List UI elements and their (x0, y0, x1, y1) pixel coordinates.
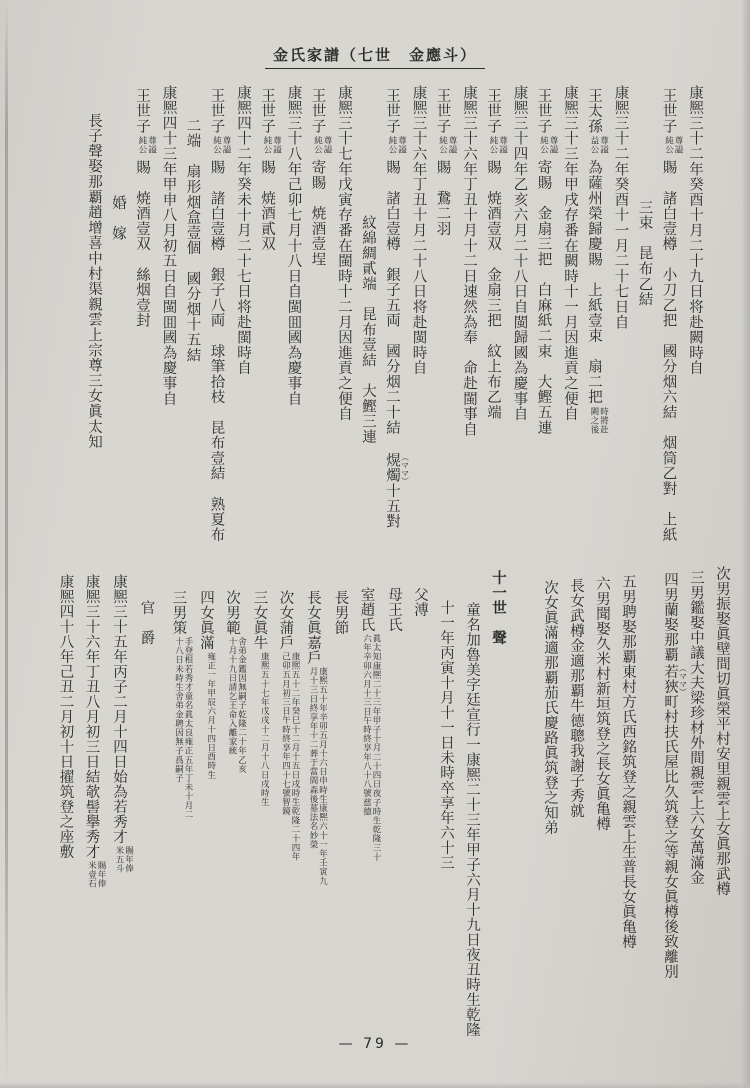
genealogy-column: 紋綿綢貳端 昆布壹結 大鰹三連 (356, 85, 379, 551)
column-text: 熀燭十五對 (384, 453, 400, 530)
column-text: 康熈三十二年癸酉十一月二十七日自 (613, 85, 629, 330)
column-text: 賜 焼酒貳双 (259, 160, 275, 252)
column-text: 官 爵 (139, 600, 155, 645)
column-text: 四女眞滿 (198, 590, 214, 650)
genealogy-column: 三男鑑娶中議大夫梁珍材外間親雲上六女萬滿金 (684, 562, 708, 1044)
column-text: 王世子 (536, 88, 552, 134)
genealogy-column: 康熈三十六年丁丑十月二十八日将赴閩時自 (407, 85, 430, 551)
column-text: 十一年丙寅十月十一日未時卒享年六十三 (438, 600, 454, 870)
column-text: 賜 焼酒壹双 金扇三把 紋上布乙端 (485, 160, 501, 420)
warichu-annotation: 時將赴闕之後 (589, 407, 608, 439)
genealogy-column: 次男振娶眞壁間切眞榮平村安里親雲上女眞那武樽 (710, 562, 734, 1044)
genealogy-column: 王世子尊謚純公寄賜 焼酒壹埕 (306, 85, 332, 551)
warichu-annotation: 眞太知康熈二十三年甲子十月二十四日夜子時生乾隆三十六年辛卯六月十三日午時終享年八… (361, 634, 380, 866)
column-text: 紋綿綢貳端 昆布壹結 大鰹三連 (360, 215, 376, 445)
warichu-annotation: 雍正一年甲辰六月十四日酉時生 (205, 652, 215, 779)
column-text: 康熈三十七年戊寅存番在閩時十二月因進貢之便自 (336, 85, 352, 422)
genealogy-column: 康熈三十四年乙亥六月二十八日自閩歸國為慶事自 (508, 85, 531, 551)
warichu-annotation: 舍弟金鑑因無嗣子乾隆二十年乙亥十月十九日請乞王命入離家統 (227, 637, 246, 779)
genealogy-column: 長女武樽金適那覇牛德聰我謝子秀就 (564, 562, 588, 1044)
genealogy-column: 康熈三十六年丁丑十月十二日速然為奉 命赴閩事自 (457, 85, 480, 551)
column-text: 康熈三十六年丁丑十月二十八日将赴閩時自 (411, 85, 427, 376)
genealogy-column: 康熈三十五年丙子二月十四日始為若秀才賜年俸米五斗 (107, 562, 133, 1044)
column-text: 次女蒲戶 (278, 590, 294, 650)
column-text: 康熈三十三年甲戌存番在闕時十一月因進貢之便自 (562, 85, 578, 422)
column-text: 康熈四十三年甲申八月初五日自閩囬國為慶事自 (161, 85, 177, 406)
genealogy-column: 三束 昆布乙結 (633, 85, 656, 551)
genealogy-column: 次女蒲戶康熈五十二年癸巳十二月十五日戌時生乾隆二十四年己卯五月初三日午時終享年四… (274, 562, 300, 1044)
column-text: 康熈三十四年乙亥六月二十八日自閩歸國為慶事自 (512, 85, 528, 422)
scan-edge-line (5, 0, 8, 1088)
genealogy-column: 王世子尊謚純公賜 焼酒壹双 金扇三把 紋上布乙端 (481, 85, 507, 551)
genealogy-column: 室趙氏眞太知康熈二十三年甲子十月二十四日夜子時生乾隆三十六年辛卯六月十三日午時終… (355, 562, 381, 1044)
warichu-annotation: 賜年俸米壹石 (86, 861, 105, 893)
genealogy-column: 康熈三十三年甲戌存番在闕時十一月因進貢之便自 (558, 85, 581, 551)
column-text: 五男聘娶那覇東村方氏西銘筑登之親雲上生普長女眞亀樽 (620, 574, 636, 949)
column-text: 王太孫 (586, 88, 602, 134)
warichu-annotation: 康熈五十年辛卯五月十六日申時生康熈六十一年壬寅九月十三日終享年十二葬于當間森後墓… (308, 667, 327, 889)
top-section-gift-records: 康熈三十二年癸酉十月二十九日将赴闕時自王世子尊謚純公賜 諸白壹樽 小刀乙把 國分… (70, 85, 706, 551)
genealogy-column: 康熈三十八年己卯七月十八日自閩囬國為慶事自 (282, 85, 305, 551)
column-text: 王世子 (209, 88, 225, 134)
column-text: 康熈三十六年丁丑八月初三日結欹髻擧秀才 (84, 574, 100, 859)
warichu-annotation: 尊謚益公 (589, 136, 608, 158)
column-text: 童名加魯美字廷宣行一康熈二十三年甲子六月十九日夜丑時生乾隆 (464, 602, 480, 1037)
column-text: 康熈四十二年癸未十月二十七日将赴閩時自 (235, 85, 251, 376)
column-text: 賜 諸白壹樽 銀子五両 國分烟二十結 (384, 160, 400, 451)
column-text: 室趙氏 (359, 587, 375, 632)
warichu-annotation: 尊謚純公 (538, 136, 557, 158)
genealogy-column: 次女眞滿適那覇茄氏慶路眞筑登之知弟 (538, 562, 562, 1044)
column-text: 王世子 (661, 88, 677, 134)
column-text: 長女武樽金適那覇牛德聰我謝子秀就 (568, 578, 584, 818)
page-number: — 79 — (339, 1036, 412, 1052)
genealogy-column: 婚 嫁 (106, 85, 129, 551)
warichu-annotation: 康熈五十二年癸巳十二月十五日戌時生乾隆二十四年己卯五月初三日午時終享年四十七號智… (280, 652, 299, 864)
genealogy-column: 五男聘娶那覇東村方氏西銘筑登之親雲上生普長女眞亀樽 (616, 562, 640, 1044)
genealogy-column: 十一年丙寅十月十一日未時卒享年六十三 (434, 562, 458, 1044)
column-text: 康熈三十六年丁丑十月十二日速然為奉 命赴閩事自 (461, 85, 477, 437)
column-text: 王世子 (259, 88, 275, 134)
column-text: 三男鑑娶中議大夫梁珍材外間親雲上六女萬滿金 (688, 570, 704, 885)
column-text: 賜 諸白壹樽 銀子八両 球筆拾枝 昆布壹結 熟夏布 (209, 160, 225, 543)
column-text: 寄賜 金扇三把 白麻紙二束 大鰹五連 (536, 160, 552, 435)
column-text: 康熈三十八年己卯七月十八日自閩囬國為慶事自 (286, 85, 302, 406)
genealogy-column: 三男策手登根若秀才童名眞太良雍正五年丁未十月二十八日未時生舍弟金聘因無子爲嗣子 (167, 562, 193, 1044)
column-text: 康熈三十五年丙子二月十四日始為若秀才 (111, 574, 127, 844)
genealogy-column: 童名加魯美字廷宣行一康熈二十三年甲子六月十九日夜丑時生乾隆 (460, 562, 484, 1044)
column-text: 四男蘭娶那覇 (662, 572, 678, 662)
column-text: 母王氏 (386, 587, 402, 632)
genealogy-column: 母王氏 (382, 562, 406, 1044)
column-text: 王世子 (435, 88, 451, 134)
column-text: 若狹町村扶氏屋比久筑登之等親女眞樽後致離別 (662, 664, 678, 979)
sic-mark: （ママ） (401, 453, 410, 455)
genealogy-column: 王太孫尊謚益公為薩州榮歸慶賜 上紙壹束 扇二把時將赴闕之後 (582, 85, 608, 551)
column-text: 王世子 (134, 88, 150, 134)
column-text: 長男節 (333, 590, 349, 635)
column-text: 長女眞嘉戶 (305, 590, 321, 665)
column-text: 王世子 (384, 88, 400, 134)
genealogy-column: 康熈四十三年甲申八月初五日自閩囬國為慶事自 (157, 85, 180, 551)
genealogy-column: 王世子尊謚純公賜 諸白壹樽 小刀乙把 國分烟六結 烟筒乙對 上紙 (657, 85, 683, 551)
genealogy-column: 四女眞滿雍正一年甲辰六月十四日酉時生 (194, 562, 218, 1044)
warichu-annotation: 尊謚純公 (211, 136, 230, 158)
warichu-annotation: 尊謚純公 (312, 136, 331, 158)
warichu-annotation: 尊謚純公 (387, 136, 406, 158)
column-text: 賜 諸白壹樽 小刀乙把 國分烟六結 烟筒乙對 上紙 (661, 160, 677, 543)
scan-edge-shadow-bottom (0, 1082, 750, 1088)
genealogy-column: 四男蘭娶那覇（ママ）若狹町村扶氏屋比久筑登之等親女眞樽後致離別 (658, 562, 682, 1044)
column-text: 康熈四十八年己丑二月初十日擢筑登之座敷 (58, 574, 74, 859)
genealogy-column: 長男節 (329, 562, 353, 1044)
warichu-annotation: 尊謚純公 (262, 136, 281, 158)
warichu-annotation: 尊謚純公 (137, 136, 156, 158)
genealogy-column: 王世子尊謚純公賜 諸白壹樽 銀子八両 球筆拾枝 昆布壹結 熟夏布 (205, 85, 231, 551)
warichu-annotation: 康熈五十七年戊戌十二月十八日戌時生 (259, 652, 269, 807)
genealogy-column: 王世子尊謚純公賜 諸白壹樽 銀子五両 國分烟二十結 （ママ）熀燭十五對 (380, 85, 406, 551)
genealogy-column: 康熈四十二年癸未十月二十七日将赴閩時自 (231, 85, 254, 551)
genealogy-column: 長女眞嘉戶康熈五十年辛卯五月十六日申時生康熈六十一年壬寅九月十三日終享年十二葬于… (301, 562, 327, 1044)
page-title: 金氏家譜（七世 金應斗） (265, 44, 485, 69)
scan-edge-shadow-right (741, 0, 750, 1088)
column-text: 次男振娶眞壁間切眞榮平村安里親雲上女眞那武樽 (714, 566, 730, 896)
genealogy-column: 王世子尊謚純公賜 鵞二羽 (431, 85, 457, 551)
genealogy-column: 父溥 (408, 562, 432, 1044)
warichu-annotation: 手登根若秀才童名眞太良雍正五年丁未十月二十八日未時生舍弟金聘因無子爲嗣子 (173, 637, 192, 819)
genealogy-column: 王世子尊謚純公賜 焼酒壹双 絲烟壹封 (130, 85, 156, 551)
column-text: 六男聞娶久米村新垣筑登之長女眞亀樽 (594, 576, 610, 831)
column-text: 次男範 (224, 590, 240, 635)
column-text: 父溥 (412, 587, 428, 617)
genealogy-column: 十一世 聲 (486, 562, 510, 1044)
warichu-annotation: 尊謚純公 (663, 136, 682, 158)
column-text: 長子聲娶那覇趙增喜中村渠親雲上宗尊三女眞太知 (86, 113, 102, 450)
sic-mark: （ママ） (679, 664, 688, 666)
column-text: 三女眞牛 (252, 590, 268, 650)
genealogy-column: 康熈三十六年丁丑八月初三日結欹髻擧秀才賜年俸米壹石 (80, 562, 106, 1044)
genealogy-column: 康熈三十七年戊寅存番在閩時十二月因進貢之便自 (332, 85, 355, 551)
warichu-annotation: 尊謚純公 (488, 136, 507, 158)
genealogy-column: 長子聲娶那覇趙增喜中村渠親雲上宗尊三女眞太知 (82, 85, 105, 551)
warichu-annotation: 賜年俸米五斗 (114, 846, 133, 878)
column-text: 寄賜 焼酒壹埕 (310, 160, 326, 267)
genealogy-column: 康熈三十二年癸酉十月二十九日将赴闕時自 (683, 85, 706, 551)
scanned-genealogy-page: { "page": { "title": "金氏家譜（七世 金應斗）", "fo… (0, 0, 750, 1088)
genealogy-column: 官 爵 (135, 562, 159, 1044)
column-text: 為薩州榮歸慶賜 上紙壹束 扇二把 (586, 160, 602, 405)
bottom-section-family-records: 次男振娶眞壁間切眞榮平村安里親雲上女眞那武樽三男鑑娶中議大夫梁珍材外間親雲上六女… (48, 562, 734, 1044)
column-text: 十一世 聲 (490, 570, 507, 645)
column-text: 婚 嫁 (110, 195, 126, 241)
column-text: 次女眞滿適那覇茄氏慶路眞筑登之知弟 (542, 580, 558, 835)
genealogy-column: 六男聞娶久米村新垣筑登之長女眞亀樽 (590, 562, 614, 1044)
column-text: 康熈三十二年癸酉十月二十九日将赴闕時自 (687, 85, 703, 376)
genealogy-column: 二端 扇形烟盒壹個 國分烟十五結 (181, 85, 204, 551)
column-text: 三男策 (171, 590, 187, 635)
column-text: 賜 焼酒壹双 絲烟壹封 (134, 160, 150, 328)
genealogy-column: 康熈三十二年癸酉十一月二十七日自 (609, 85, 632, 551)
warichu-annotation: 尊謚純公 (437, 136, 456, 158)
genealogy-column: 康熈四十八年己丑二月初十日擢筑登之座敷 (54, 562, 78, 1044)
genealogy-column: 王世子尊謚純公寄賜 金扇三把 白麻紙二束 大鰹五連 (532, 85, 558, 551)
genealogy-column: 次男範舍弟金鑑因無嗣子乾隆二十年乙亥十月十九日請乞王命入離家統 (220, 562, 246, 1044)
column-text: 賜 鵞二羽 (435, 160, 451, 237)
genealogy-column: 王世子尊謚純公賜 焼酒貳双 (255, 85, 281, 551)
column-text: 三束 昆布乙結 (637, 200, 653, 307)
column-text: 王世子 (485, 88, 501, 134)
genealogy-column: 三女眞牛康熈五十七年戊戌十二月十八日戌時生 (248, 562, 272, 1044)
column-text: 二端 扇形烟盒壹個 國分烟十五結 (185, 118, 201, 363)
column-text: 王世子 (310, 88, 326, 134)
